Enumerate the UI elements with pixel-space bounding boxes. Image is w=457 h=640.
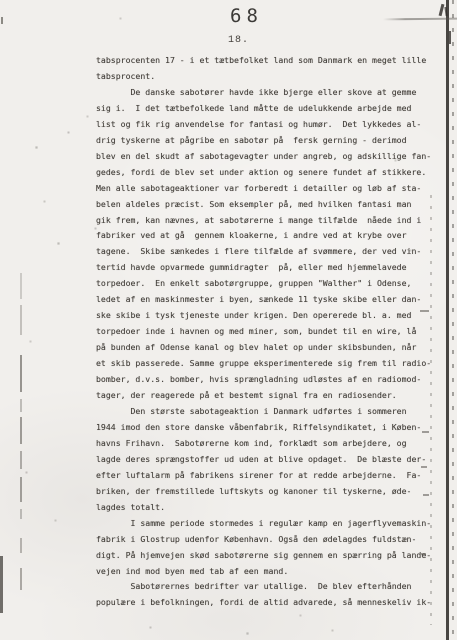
corner-pen-mark	[439, 4, 445, 16]
left-edge-mark	[1, 17, 3, 24]
scan-noise-specks	[0, 0, 1, 1]
right-margin-tick	[421, 466, 427, 468]
binding-edge-dashes	[452, 0, 454, 640]
right-margin-tick	[423, 494, 429, 496]
document-body-text: tabsprocenten 17 - i et tætbefolket land…	[96, 53, 431, 611]
typed-page-number: 18.	[228, 35, 249, 46]
right-margin-tick	[420, 310, 429, 312]
left-edge-shadow	[0, 556, 3, 613]
margin-pencil-mark	[20, 568, 22, 590]
margin-pencil-mark	[20, 538, 22, 553]
margin-pencil-mark	[20, 451, 22, 469]
scanned-document-page: 68 18. tabsprocenten 17 - i et tætbefolk…	[0, 0, 457, 640]
binding-edge-line	[446, 0, 449, 640]
corner-pen-mark	[449, 31, 451, 44]
margin-pencil-mark	[20, 273, 22, 299]
margin-pencil-mark	[20, 509, 22, 519]
margin-pencil-mark	[20, 399, 22, 412]
margin-pencil-mark	[20, 477, 22, 502]
margin-dotted-line	[430, 195, 432, 625]
margin-pencil-mark	[20, 417, 22, 444]
right-margin-tick	[421, 553, 426, 555]
margin-pencil-mark	[20, 305, 22, 335]
margin-pencil-mark	[20, 355, 22, 392]
right-margin-tick	[422, 431, 429, 433]
stamped-page-number: 68	[230, 5, 263, 27]
